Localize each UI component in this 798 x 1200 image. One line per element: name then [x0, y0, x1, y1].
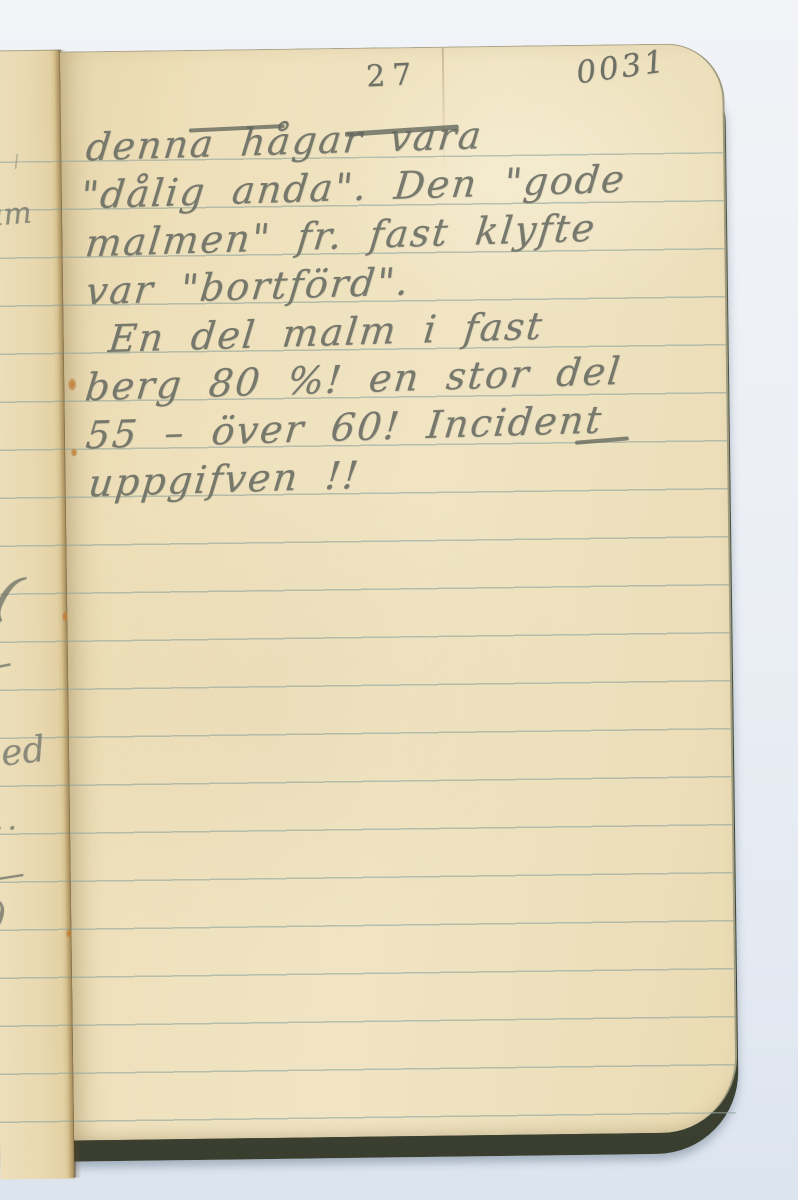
- handwriting-fragment: ··: [0, 811, 21, 846]
- scanned-notebook-photo: 0 \ um ( – ed ·· — ) 27 0031 denna hågar…: [0, 0, 798, 1200]
- page-number: 27: [365, 57, 419, 94]
- folio-number: 0031: [574, 43, 669, 91]
- notebook: 0 \ um ( – ed ·· — ) 27 0031 denna hågar…: [0, 37, 742, 1159]
- handwriting-fragment: um: [0, 195, 33, 234]
- stain: [68, 378, 76, 390]
- handwriting-fragment: ed: [0, 729, 48, 775]
- notebook-page: 27 0031 denna hågar vara "dålig anda". D…: [60, 43, 738, 1141]
- stain: [71, 448, 77, 456]
- handwriting-line: uppgifven !!: [86, 449, 363, 509]
